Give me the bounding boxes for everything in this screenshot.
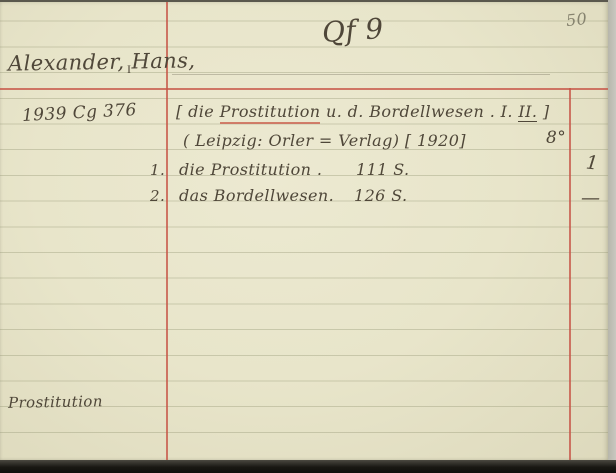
imprint-line: ( Leipzig: Orler = Verlag) [ 1920] xyxy=(183,131,466,150)
item-1-pages: 111 S. xyxy=(356,160,410,179)
title-keyword-underlined: Prostitution xyxy=(220,102,321,124)
subject-heading: Prostitution xyxy=(8,392,103,412)
item-2-number: 2. xyxy=(150,187,165,205)
volume-mark: I xyxy=(127,62,131,77)
faint-author-underline xyxy=(172,74,550,75)
corner-number: 50 xyxy=(565,9,588,30)
title-bracket-close: ] xyxy=(543,102,550,121)
scan-edge-right xyxy=(608,0,616,466)
red-vertical-right-column-line xyxy=(569,88,571,462)
catalog-card: 50 Qf 9 Alexander, Hans, I 1939 Cg 376 [… xyxy=(0,0,609,462)
item-1-number: 1. xyxy=(150,161,165,179)
item-2-title: das Bordellwesen. xyxy=(179,186,334,205)
book-format: 8° xyxy=(546,128,566,148)
red-horizontal-header-line xyxy=(0,88,609,90)
title-bracket-open: [ die xyxy=(176,102,214,121)
author-name: Alexander, Hans, xyxy=(8,48,196,75)
item-2-copy-count: — xyxy=(581,187,600,209)
item-1-title: die Prostitution . xyxy=(179,160,322,179)
shelfmark-heading: Qf 9 xyxy=(321,12,385,49)
scan-edge-bottom xyxy=(0,460,616,473)
item-1-copy-count: 1 xyxy=(585,151,600,174)
title-rest: u. d. Bordellwesen . I. xyxy=(326,102,513,121)
title-roman-numeral-two: II. xyxy=(518,102,537,122)
item-2-pages: 126 S. xyxy=(354,186,408,205)
title-entry-line: [ die Prostitution u. d. Bordellwesen . … xyxy=(176,102,549,121)
